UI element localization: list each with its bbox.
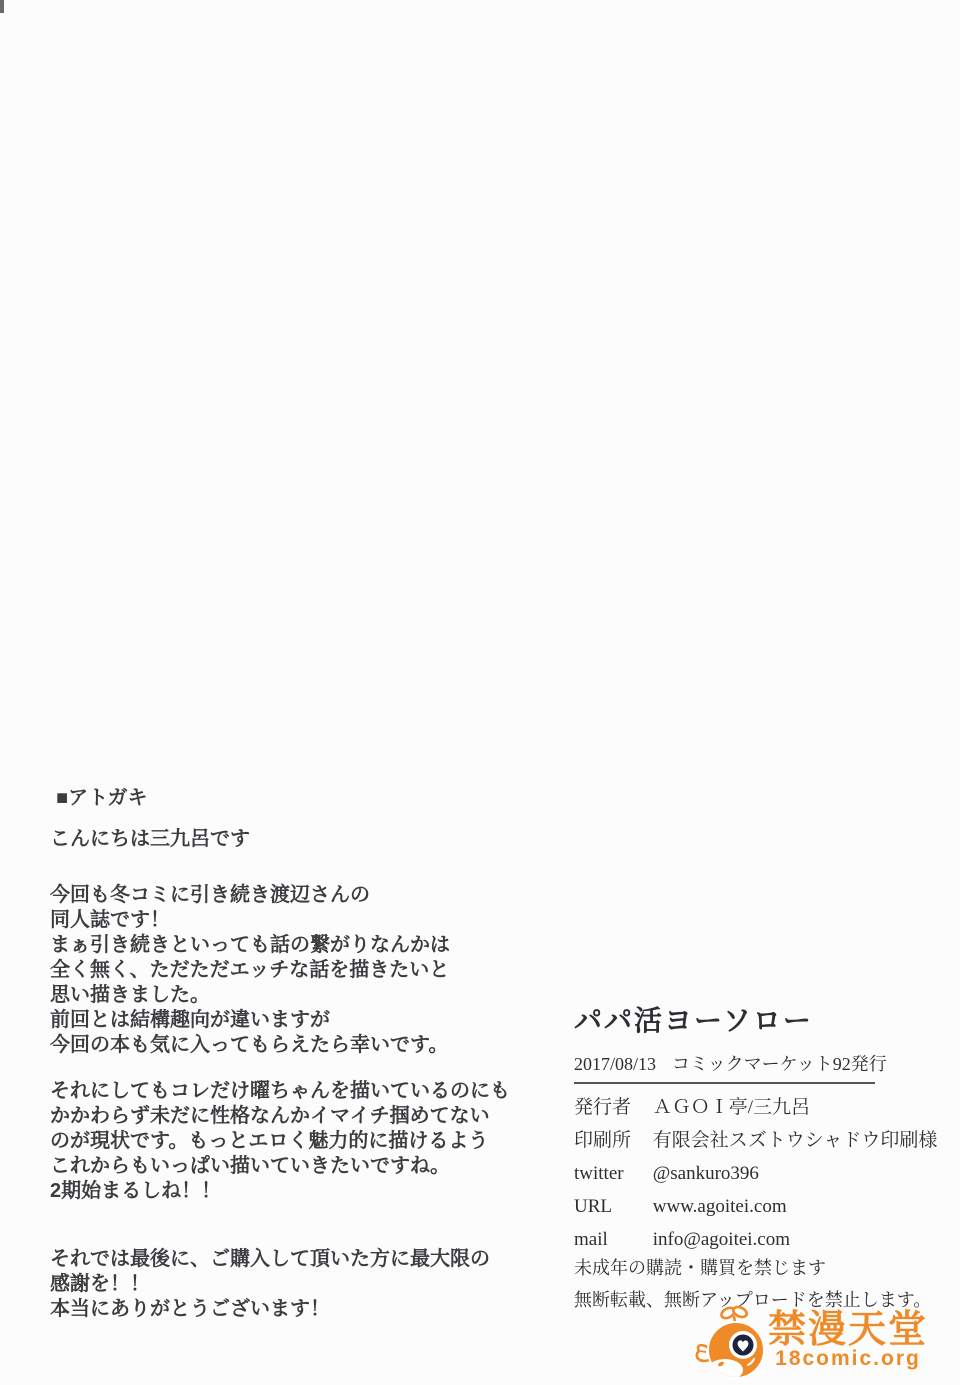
row-value: info@agoitei.com [653, 1229, 790, 1250]
row-label: 印刷所 [574, 1124, 648, 1157]
afterword-line: かかわらず未だに性格なんかイマイチ掴めてない [50, 1104, 510, 1129]
afterword-line: それでは最後に、ご購入して頂いた方に最大限の [50, 1247, 490, 1272]
afterword-line: 今回も冬コミに引き続き渡辺さんの [50, 883, 450, 908]
afterword-line: それにしてもコレだけ曜ちゃんを描いているのにも [50, 1079, 510, 1104]
publication-date: 2017/08/13 [574, 1052, 656, 1076]
row-label: URL [574, 1190, 648, 1223]
watermark-site-name: 禁漫天堂 [768, 1310, 928, 1350]
afterword-line: これからもいっぱい描いていきたいですね。 [50, 1154, 510, 1179]
watermark-logo: 禁漫天堂 18comic.org [692, 1302, 928, 1384]
afterword-line: 全く無く、ただただエッチな話を描きたいと [50, 958, 450, 983]
age-restriction-notice: 未成年の購読・購買を禁じます [574, 1252, 944, 1284]
publication-event: コミックマーケット92発行 [672, 1052, 887, 1076]
watermark-text: 禁漫天堂 18comic.org [768, 1310, 928, 1371]
scanned-doujin-afterword-page: ■アトガキ こんにちは三九呂です 今回も冬コミに引き続き渡辺さんの 同人誌です！… [0, 0, 960, 1385]
row-value: www.agoitei.com [653, 1196, 787, 1217]
colophon-row-url: URL www.agoitei.com [574, 1190, 944, 1223]
scan-artifact [0, 0, 4, 13]
afterword-paragraph-3: それでは最後に、ご購入して頂いた方に最大限の 感謝を！！ 本当にありがとうござい… [50, 1247, 490, 1322]
afterword-line: まぁ引き続きといっても話の繋がりなんかは [50, 933, 450, 958]
afterword-line: 前回とは結構趣向が違いますが [50, 1008, 450, 1033]
doujin-title: パパ活ヨーソロー [574, 1004, 944, 1040]
afterword-greeting: こんにちは三九呂です [50, 827, 250, 852]
afterword-line: 今回の本も気に入ってもらえたら幸いです。 [50, 1033, 450, 1058]
row-value: 有限会社スズトウシャドウ印刷様 [653, 1130, 938, 1151]
row-value: ＡＧＯＩ亭/三九呂 [653, 1097, 810, 1118]
divider-rule [574, 1082, 875, 1084]
colophon-section: パパ活ヨーソロー 2017/08/13 コミックマーケット92発行 発行者 ＡＧ… [574, 1004, 944, 1316]
colophon-row-publisher: 発行者 ＡＧＯＩ亭/三九呂 [574, 1091, 944, 1124]
afterword-line: 感謝を！！ [50, 1272, 490, 1297]
afterword-paragraph-1: 今回も冬コミに引き続き渡辺さんの 同人誌です！ まぁ引き続きといっても話の繋がり… [50, 883, 450, 1058]
afterword-line: 思い描きました。 [50, 983, 450, 1008]
row-value: @sankuro396 [653, 1163, 759, 1184]
afterword-heading: ■アトガキ [56, 786, 147, 811]
colophon-row-printer: 印刷所 有限会社スズトウシャドウ印刷様 [574, 1124, 944, 1157]
pufferfish-mascot-icon [692, 1302, 768, 1384]
watermark-site-domain: 18comic.org [768, 1347, 928, 1371]
afterword-line: 本当にありがとうございます！ [50, 1297, 490, 1322]
afterword-line: のが現状です。もっとエロく魅力的に描けるよう [50, 1129, 510, 1154]
colophon-rows: 発行者 ＡＧＯＩ亭/三九呂 印刷所 有限会社スズトウシャドウ印刷様 twitte… [574, 1091, 944, 1256]
publication-date-line: 2017/08/13 コミックマーケット92発行 [574, 1052, 944, 1076]
row-label: twitter [574, 1157, 648, 1190]
afterword-line: 2期始まるしね！！ [50, 1179, 510, 1204]
row-label: 発行者 [574, 1091, 648, 1124]
afterword-line: 同人誌です！ [50, 908, 450, 933]
colophon-row-twitter: twitter @sankuro396 [574, 1157, 944, 1190]
afterword-paragraph-2: それにしてもコレだけ曜ちゃんを描いているのにも かかわらず未だに性格なんかイマイ… [50, 1079, 510, 1204]
